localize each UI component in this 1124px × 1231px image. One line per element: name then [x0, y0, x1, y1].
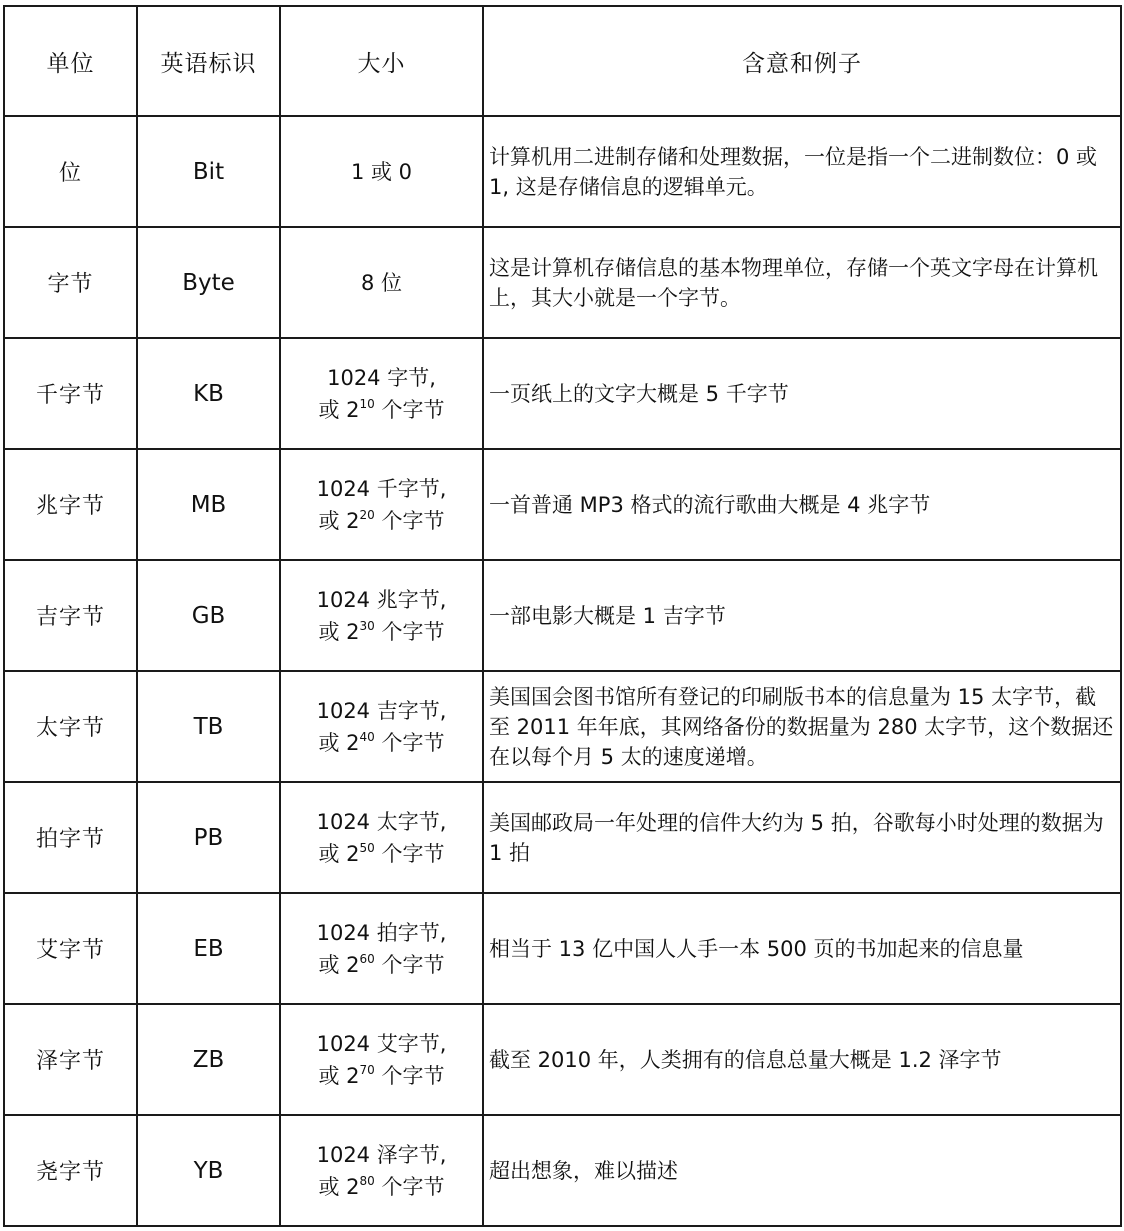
table-row: 泽字节ZB1024 艾字节,或 270 个字节截至 2010 年，人类拥有的信息… [4, 1004, 1121, 1115]
size-power-exponent: 80 [360, 1174, 375, 1188]
size-power-base: 或 2 [318, 1064, 359, 1088]
cell-unit: 字节 [4, 227, 137, 338]
table-row: 千字节KB1024 字节,或 210 个字节一页纸上的文字大概是 5 千字节 [4, 338, 1121, 449]
size-line-1: 1024 千字节, [281, 473, 482, 505]
table-row: 尧字节YB1024 泽字节,或 280 个字节超出想象，难以描述 [4, 1115, 1121, 1226]
cell-english-abbr: Byte [137, 227, 280, 338]
size-power-base: 或 2 [318, 1175, 359, 1199]
data-units-table: 单位 英语标识 大小 含意和例子 位Bit1 或 0计算机用二进制存储和处理数据… [3, 5, 1122, 1227]
size-power-suffix: 个字节 [375, 509, 445, 533]
size-bytes-text: 1024 拍字节, [317, 921, 447, 945]
cell-size: 1024 太字节,或 250 个字节 [280, 782, 483, 893]
size-text: 1 或 0 [351, 160, 412, 184]
size-bytes-text: 1024 兆字节, [317, 588, 447, 612]
cell-description: 相当于 13 亿中国人人手一本 500 页的书加起来的信息量 [483, 893, 1121, 1004]
cell-size: 8 位 [280, 227, 483, 338]
size-line-2: 或 240 个字节 [281, 727, 482, 759]
cell-english-abbr: KB [137, 338, 280, 449]
size-line-2: 或 220 个字节 [281, 505, 482, 537]
table-body: 单位 英语标识 大小 含意和例子 位Bit1 或 0计算机用二进制存储和处理数据… [4, 6, 1121, 1226]
cell-unit: 位 [4, 116, 137, 227]
size-bytes-text: 1024 字节, [327, 366, 436, 390]
cell-description: 美国邮政局一年处理的信件大约为 5 拍，谷歌每小时处理的数据为 1 拍 [483, 782, 1121, 893]
size-bytes-text: 1024 太字节, [317, 810, 447, 834]
cell-english-abbr: MB [137, 449, 280, 560]
cell-size: 1024 拍字节,或 260 个字节 [280, 893, 483, 1004]
cell-unit: 尧字节 [4, 1115, 137, 1226]
cell-english-abbr: GB [137, 560, 280, 671]
cell-size: 1024 泽字节,或 280 个字节 [280, 1115, 483, 1226]
table-row: 字节Byte8 位这是计算机存储信息的基本物理单位，存储一个英文字母在计算机上，… [4, 227, 1121, 338]
cell-description: 计算机用二进制存储和处理数据，一位是指一个二进制数位：0 或 1, 这是存储信息… [483, 116, 1121, 227]
size-line-2: 或 210 个字节 [281, 394, 482, 426]
cell-description: 截至 2010 年，人类拥有的信息总量大概是 1.2 泽字节 [483, 1004, 1121, 1115]
cell-description: 一页纸上的文字大概是 5 千字节 [483, 338, 1121, 449]
table-header-row: 单位 英语标识 大小 含意和例子 [4, 6, 1121, 116]
size-line-1: 1024 太字节, [281, 806, 482, 838]
size-power-suffix: 个字节 [375, 1064, 445, 1088]
cell-description: 一部电影大概是 1 吉字节 [483, 560, 1121, 671]
table-row: 位Bit1 或 0计算机用二进制存储和处理数据，一位是指一个二进制数位：0 或 … [4, 116, 1121, 227]
size-power-suffix: 个字节 [375, 1175, 445, 1199]
size-power-base: 或 2 [318, 842, 359, 866]
cell-unit: 兆字节 [4, 449, 137, 560]
cell-size: 1024 吉字节,或 240 个字节 [280, 671, 483, 782]
size-text: 8 位 [361, 271, 402, 295]
size-power-base: 或 2 [318, 620, 359, 644]
cell-unit: 千字节 [4, 338, 137, 449]
size-power-exponent: 70 [360, 1063, 375, 1077]
size-line-1: 1024 艾字节, [281, 1028, 482, 1060]
header-size: 大小 [280, 6, 483, 116]
table-row: 艾字节EB1024 拍字节,或 260 个字节相当于 13 亿中国人人手一本 5… [4, 893, 1121, 1004]
size-line-1: 1024 泽字节, [281, 1139, 482, 1171]
cell-unit: 泽字节 [4, 1004, 137, 1115]
size-bytes-text: 1024 艾字节, [317, 1032, 447, 1056]
header-meaning-example: 含意和例子 [483, 6, 1121, 116]
size-line-2: 或 250 个字节 [281, 838, 482, 870]
cell-unit: 艾字节 [4, 893, 137, 1004]
header-english-abbr: 英语标识 [137, 6, 280, 116]
size-power-exponent: 30 [360, 619, 375, 633]
cell-description: 超出想象，难以描述 [483, 1115, 1121, 1226]
cell-english-abbr: Bit [137, 116, 280, 227]
table-row: 吉字节GB1024 兆字节,或 230 个字节一部电影大概是 1 吉字节 [4, 560, 1121, 671]
cell-description: 一首普通 MP3 格式的流行歌曲大概是 4 兆字节 [483, 449, 1121, 560]
size-bytes-text: 1024 千字节, [317, 477, 447, 501]
size-bytes-text: 1024 泽字节, [317, 1143, 447, 1167]
size-power-suffix: 个字节 [375, 398, 445, 422]
cell-unit: 吉字节 [4, 560, 137, 671]
size-power-suffix: 个字节 [375, 842, 445, 866]
cell-unit: 太字节 [4, 671, 137, 782]
size-line-2: 或 270 个字节 [281, 1060, 482, 1092]
size-power-suffix: 个字节 [375, 620, 445, 644]
cell-size: 1 或 0 [280, 116, 483, 227]
cell-description: 这是计算机存储信息的基本物理单位，存储一个英文字母在计算机上，其大小就是一个字节… [483, 227, 1121, 338]
cell-unit: 拍字节 [4, 782, 137, 893]
size-power-exponent: 20 [360, 508, 375, 522]
size-power-exponent: 10 [360, 397, 375, 411]
cell-english-abbr: PB [137, 782, 280, 893]
table-row: 拍字节PB1024 太字节,或 250 个字节美国邮政局一年处理的信件大约为 5… [4, 782, 1121, 893]
size-power-base: 或 2 [318, 398, 359, 422]
size-line-2: 或 230 个字节 [281, 616, 482, 648]
cell-size: 1024 千字节,或 220 个字节 [280, 449, 483, 560]
size-power-suffix: 个字节 [375, 953, 445, 977]
cell-size: 1024 字节,或 210 个字节 [280, 338, 483, 449]
size-power-exponent: 60 [360, 952, 375, 966]
cell-english-abbr: TB [137, 671, 280, 782]
size-power-suffix: 个字节 [375, 731, 445, 755]
size-power-base: 或 2 [318, 509, 359, 533]
size-line-1: 1024 字节, [281, 362, 482, 394]
cell-description: 美国国会图书馆所有登记的印刷版书本的信息量为 15 太字节，截至 2011 年年… [483, 671, 1121, 782]
cell-english-abbr: EB [137, 893, 280, 1004]
size-line-1: 1024 兆字节, [281, 584, 482, 616]
table-row: 兆字节MB1024 千字节,或 220 个字节一首普通 MP3 格式的流行歌曲大… [4, 449, 1121, 560]
size-bytes-text: 1024 吉字节, [317, 699, 447, 723]
cell-size: 1024 艾字节,或 270 个字节 [280, 1004, 483, 1115]
size-power-exponent: 50 [360, 841, 375, 855]
table-row: 太字节TB1024 吉字节,或 240 个字节美国国会图书馆所有登记的印刷版书本… [4, 671, 1121, 782]
size-power-base: 或 2 [318, 953, 359, 977]
size-power-base: 或 2 [318, 731, 359, 755]
size-power-exponent: 40 [360, 730, 375, 744]
cell-size: 1024 兆字节,或 230 个字节 [280, 560, 483, 671]
cell-english-abbr: ZB [137, 1004, 280, 1115]
size-line-2: 或 280 个字节 [281, 1171, 482, 1203]
size-line-2: 或 260 个字节 [281, 949, 482, 981]
size-line-1: 1024 吉字节, [281, 695, 482, 727]
header-unit: 单位 [4, 6, 137, 116]
cell-english-abbr: YB [137, 1115, 280, 1226]
size-line-1: 1024 拍字节, [281, 917, 482, 949]
